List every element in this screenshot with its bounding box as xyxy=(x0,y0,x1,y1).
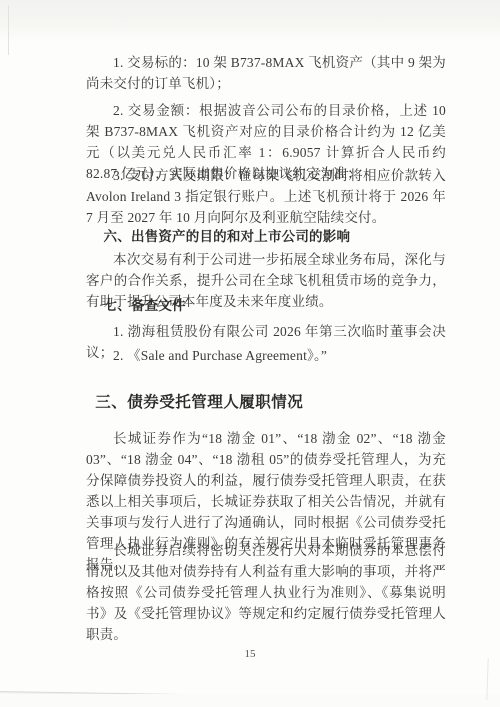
scan-bottom-margin xyxy=(0,694,500,707)
list-item-transaction-subject: 1. 交易标的：10 架 B737-8MAX 飞机资产（其中 9 架为尚未交付的… xyxy=(86,52,446,94)
scanned-document-page: { "document": { "section5_items": [ "1. … xyxy=(0,0,500,707)
section-heading-trustee-duty-performance: 三、债券受托管理人履职情况 xyxy=(86,392,446,414)
page-number: 15 xyxy=(0,648,500,660)
scan-left-edge-line xyxy=(8,5,9,55)
section-heading-purpose-and-impact: 六、出售资产的目的和对上市公司的影响 xyxy=(86,226,446,247)
scan-top-edge-shading xyxy=(0,0,500,42)
list-item-sale-purchase-agreement: 2. 《Sale and Purchase Agreement》。” xyxy=(86,345,446,366)
section-heading-reference-documents: 七、备查文件 xyxy=(86,295,446,316)
paragraph-trustee-followup: 长城证券后续将密切关注发行人对本期债券的本息偿付情况以及其他对债券持有人利益有重… xyxy=(86,540,446,645)
list-item-payment-terms: 3. 支付方式及期限：在每架飞机交割时将相应价款转入 Avolon Irelan… xyxy=(86,165,446,228)
